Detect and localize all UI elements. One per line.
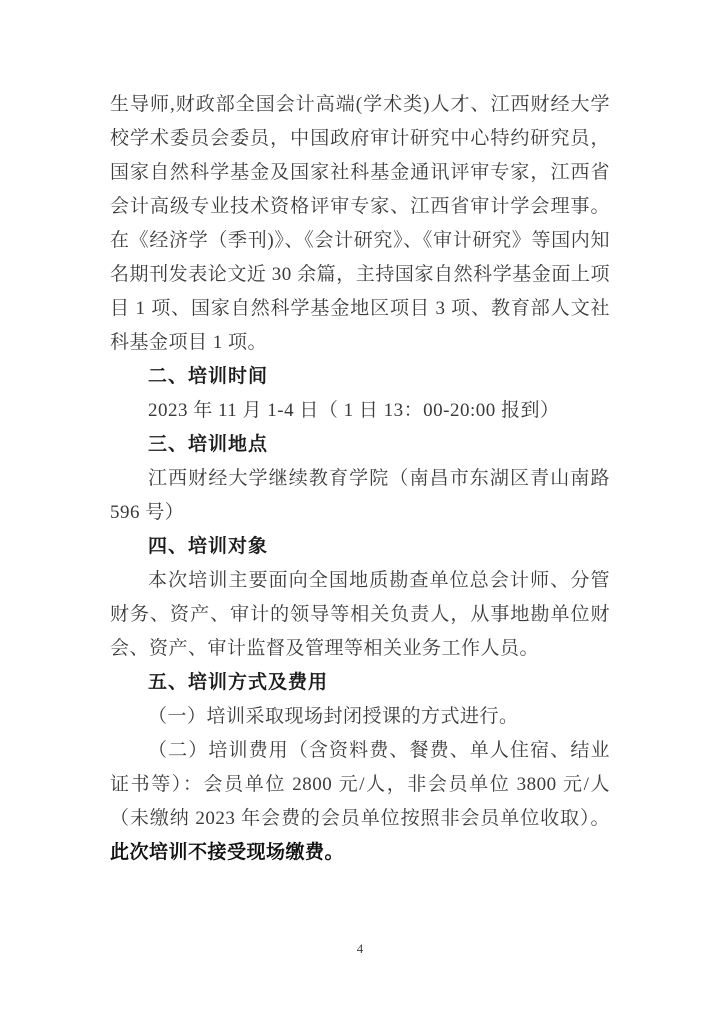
lecturer-bio-continuation-paragraph: 生导师,财政部全国会计高端(学术类)人才、江西财经大学校学术委员会委员，中国政府… xyxy=(110,88,610,360)
page-number: 4 xyxy=(357,941,364,956)
section-heading-training-method-fee: 五、培训方式及费用 xyxy=(110,666,610,700)
page-footer: 4 xyxy=(0,940,720,958)
training-location-text: 江西财经大学继续教育学院（南昌市东湖区青山南路 596 号） xyxy=(110,462,610,530)
training-audience-text: 本次培训主要面向全国地质勘查单位总会计师、分管财务、资产、审计的领导等相关负责人… xyxy=(110,564,610,666)
section-heading-training-location: 三、培训地点 xyxy=(110,428,610,462)
section-heading-training-audience: 四、培训对象 xyxy=(110,530,610,564)
training-fee-normal-text: （二）培训费用（含资料费、餐费、单人住宿、结业证书等）：会员单位 2800 元/… xyxy=(110,740,610,829)
section-heading-training-time: 二、培训时间 xyxy=(110,360,610,394)
training-fee-text: （二）培训费用（含资料费、餐费、单人住宿、结业证书等）：会员单位 2800 元/… xyxy=(110,734,610,870)
training-method-text: （一）培训采取现场封闭授课的方式进行。 xyxy=(110,700,610,734)
document-page: 生导师,财政部全国会计高端(学术类)人才、江西财经大学校学术委员会委员，中国政府… xyxy=(0,0,720,1018)
document-body: 生导师,财政部全国会计高端(学术类)人才、江西财经大学校学术委员会委员，中国政府… xyxy=(110,88,610,870)
training-time-text: 2023 年 11 月 1-4 日（ 1 日 13：00-20:00 报到） xyxy=(110,394,610,428)
no-onsite-payment-note: 此次培训不接受现场缴费。 xyxy=(110,842,344,863)
